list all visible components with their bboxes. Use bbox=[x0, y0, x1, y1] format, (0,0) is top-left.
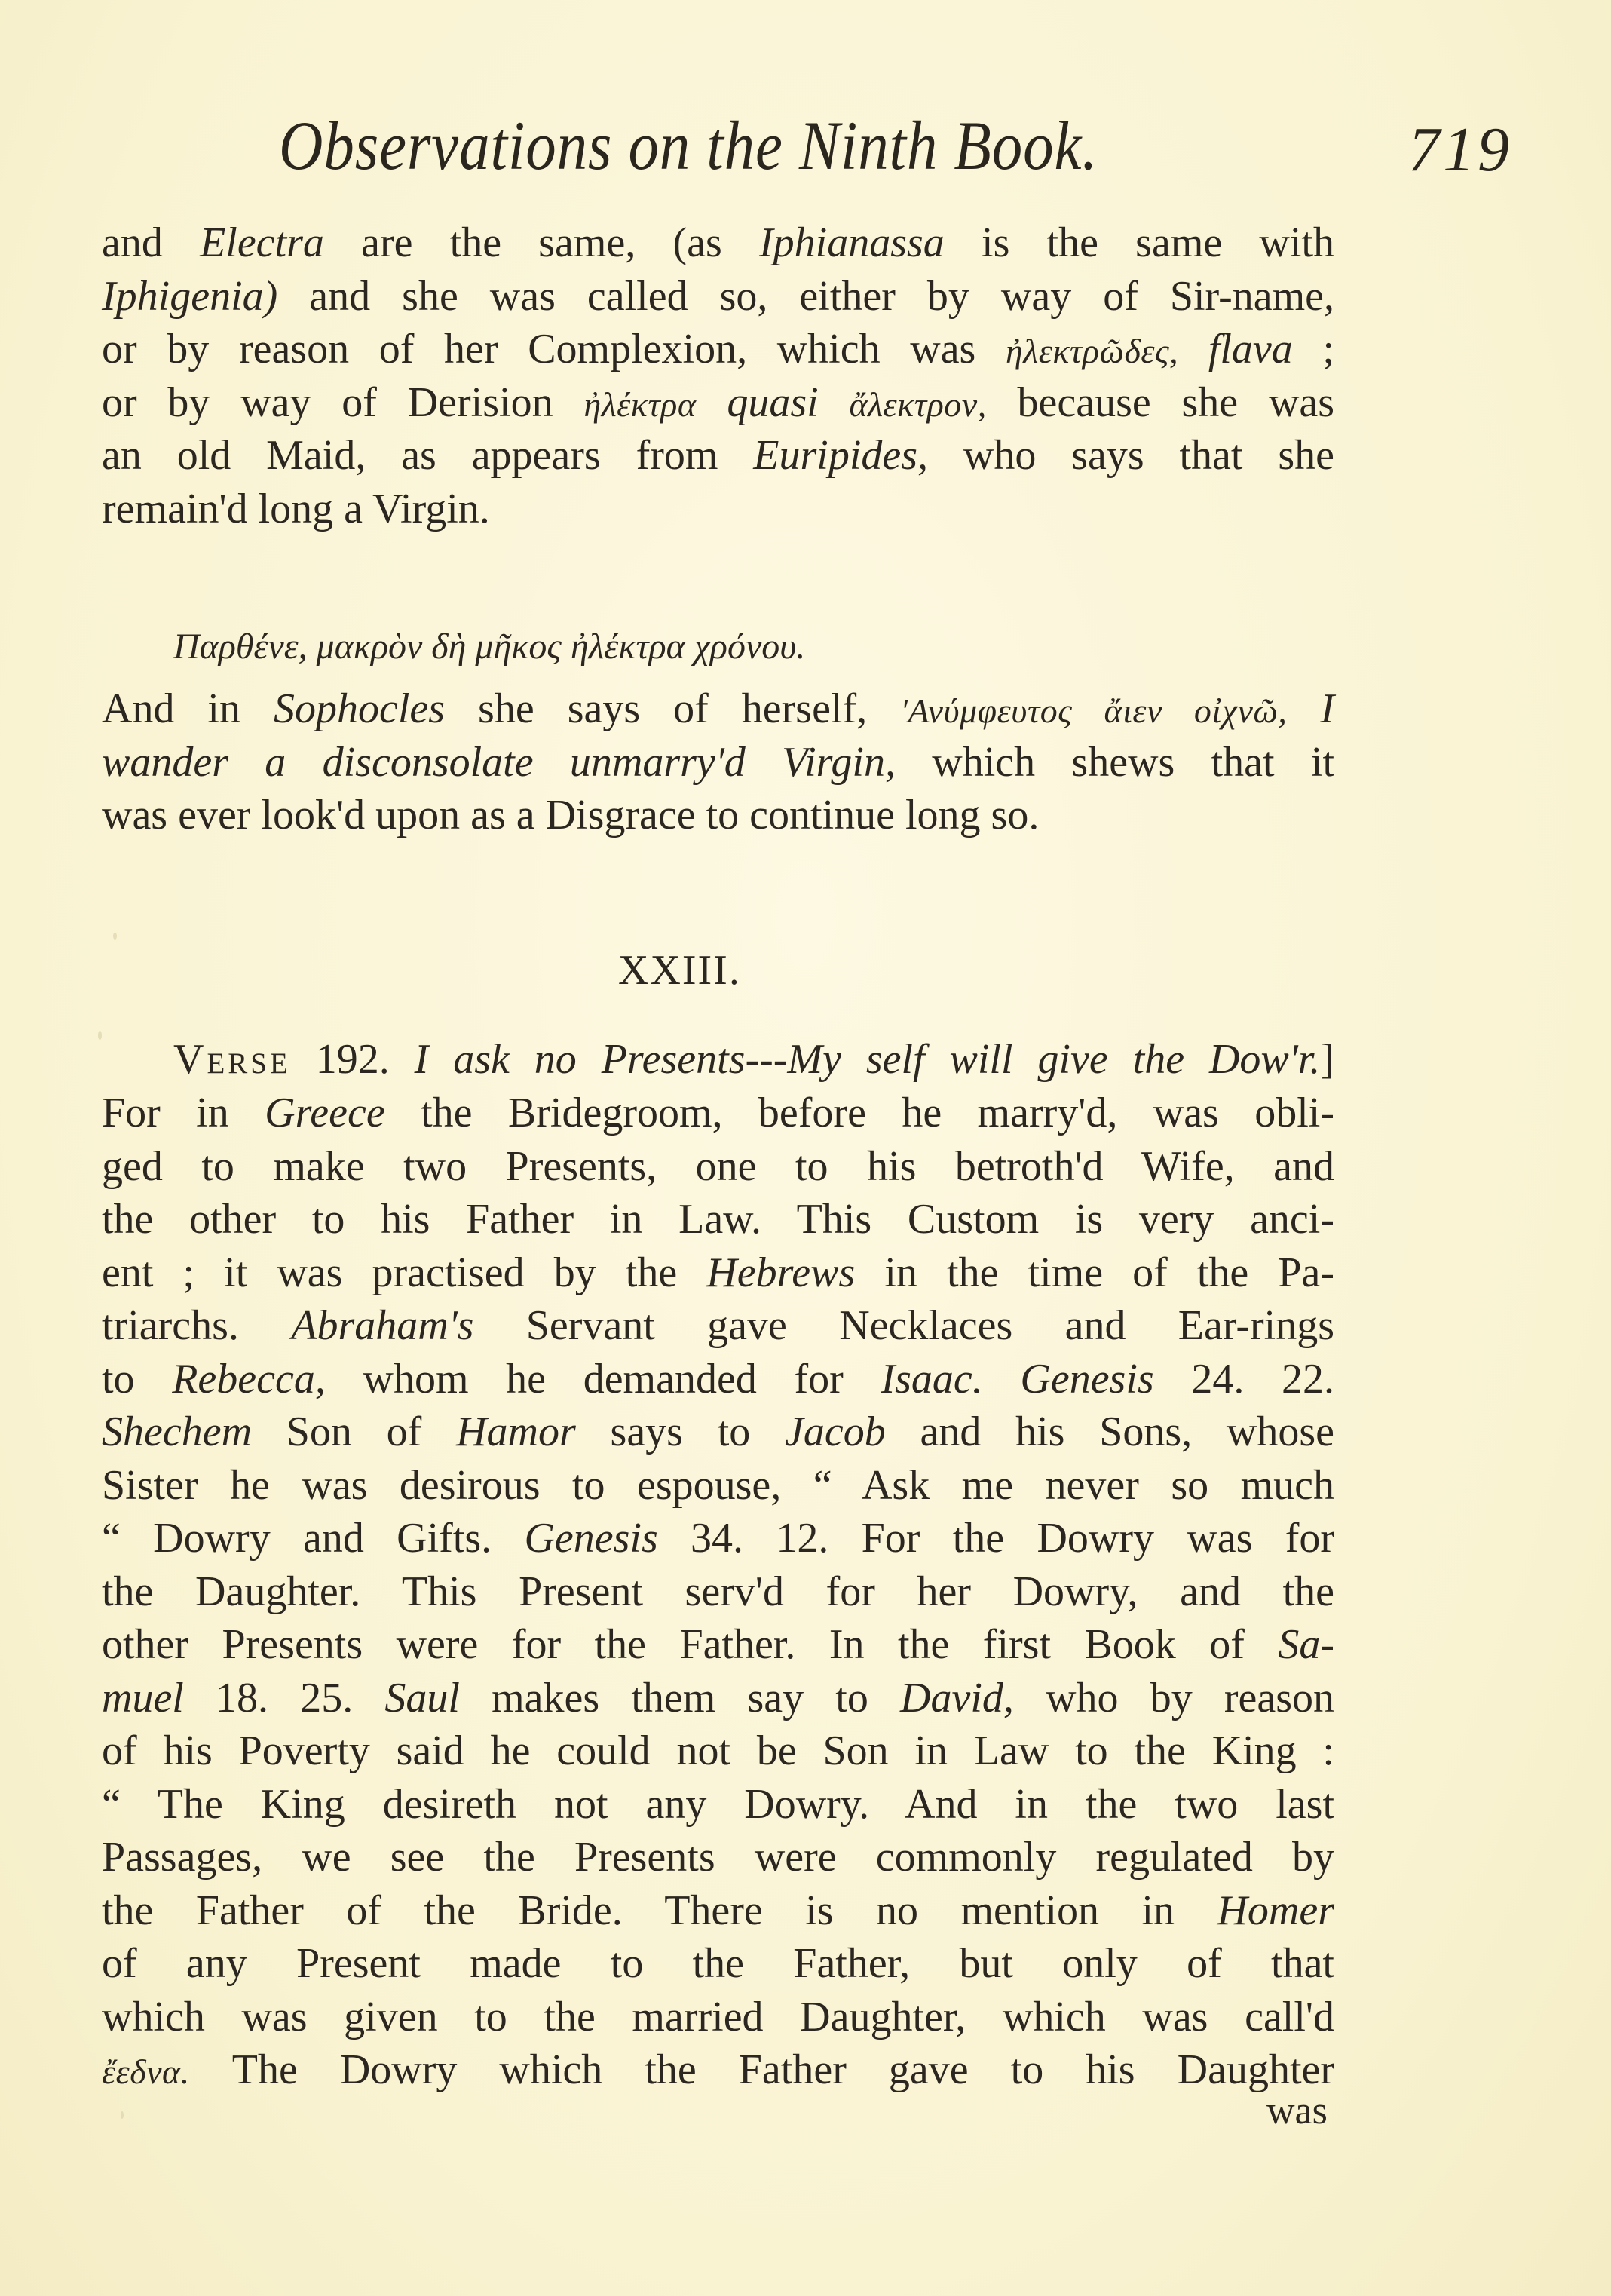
text-line: other Presents were for the Father. In t… bbox=[102, 1618, 1334, 1672]
text-line: the other to his Father in Law. This Cus… bbox=[102, 1193, 1334, 1246]
text-line: Passages, we see the Presents were commo… bbox=[102, 1831, 1334, 1884]
text-line: For in Greece the Bridegroom, before he … bbox=[102, 1087, 1334, 1140]
greek-word: ἔεδνα. bbox=[102, 2052, 190, 2091]
verse-heading: Verse 192. I ask no Presents---My self w… bbox=[102, 1033, 1334, 1087]
text-line: And in Sophocles she says of herself, 'Α… bbox=[102, 682, 1334, 736]
catchword: was bbox=[1266, 2089, 1328, 2133]
text-line: an old Maid, as appears from Euripides, … bbox=[102, 429, 1334, 483]
text-line: which was given to the married Daughter,… bbox=[102, 1991, 1334, 2044]
paragraph-dowry: For in Greece the Bridegroom, before he … bbox=[102, 1087, 1334, 2097]
section-number: XXIII. bbox=[618, 946, 741, 995]
paragraph-electra: and Electra are the same, (as Iphianassa… bbox=[102, 216, 1334, 535]
greek-word: ἄλεκτρον, bbox=[849, 385, 986, 424]
text-line: Sister he was desirous to espouse, “ Ask… bbox=[102, 1459, 1334, 1513]
text-line: or by reason of her Complexion, which wa… bbox=[102, 323, 1334, 376]
text-line: triarchs. Abraham's Servant gave Necklac… bbox=[102, 1299, 1334, 1353]
text-line: “ Dowry and Gifts. Genesis 34. 12. For t… bbox=[102, 1512, 1334, 1565]
text-line: ἔεδνα. The Dowry which the Father gave t… bbox=[102, 2043, 1334, 2097]
text-line: or by way of Derision ἠλέκτρα quasi ἄλεκ… bbox=[102, 376, 1334, 430]
text-line: to Rebecca, whom he demanded for Isaac. … bbox=[102, 1353, 1334, 1406]
greek-word: 'Ανύμφευτος ἄιεν οἰχνῶ, bbox=[900, 691, 1287, 730]
paragraph-sophocles: And in Sophocles she says of herself, 'Α… bbox=[102, 682, 1334, 842]
text-line: remain'd long a Virgin. bbox=[102, 483, 1334, 536]
greek-quotation: Παρθένε, μακρὸν δὴ μῆκος ἠλέκτρα χρόνου. bbox=[173, 626, 805, 667]
text-line: “ The King desireth not any Dowry. And i… bbox=[102, 1778, 1334, 1832]
text-line: Iphigenia) and she was called so, either… bbox=[102, 270, 1334, 323]
greek-word: ἠλεκτρῶδες, bbox=[1006, 332, 1178, 370]
text-line: the Father of the Bride. There is no men… bbox=[102, 1884, 1334, 1938]
page-number: 719 bbox=[1408, 113, 1512, 186]
text-line: of any Present made to the Father, but o… bbox=[102, 1937, 1334, 1991]
verse-lemma: I ask no Presents---My self will give th… bbox=[415, 1036, 1321, 1083]
text-line: ged to make two Presents, one to his bet… bbox=[102, 1140, 1334, 1194]
text-line: wander a disconsolate unmarry'd Virgin, … bbox=[102, 736, 1334, 789]
text-line: was ever look'd upon as a Disgrace to co… bbox=[102, 789, 1334, 842]
text-line: muel 18. 25. Saul makes them say to Davi… bbox=[102, 1672, 1334, 1725]
paper-speck bbox=[98, 1031, 102, 1040]
text-line: the Daughter. This Present serv'd for he… bbox=[102, 1565, 1334, 1619]
paper-speck bbox=[121, 2111, 124, 2119]
greek-word: ἠλέκτρα bbox=[583, 385, 696, 424]
text-line: of his Poverty said he could not be Son … bbox=[102, 1724, 1334, 1778]
text-line: ent ; it was practised by the Hebrews in… bbox=[102, 1246, 1334, 1300]
text-line: and Electra are the same, (as Iphianassa… bbox=[102, 216, 1334, 270]
paper-speck bbox=[113, 933, 117, 940]
text-line: Shechem Son of Hamor says to Jacob and h… bbox=[102, 1405, 1334, 1459]
verse-number: 192. bbox=[316, 1036, 390, 1083]
verse-bracket: ] bbox=[1320, 1036, 1334, 1083]
running-head: Observations on the Ninth Book. bbox=[279, 106, 1098, 185]
verse-label: Verse bbox=[173, 1036, 291, 1083]
